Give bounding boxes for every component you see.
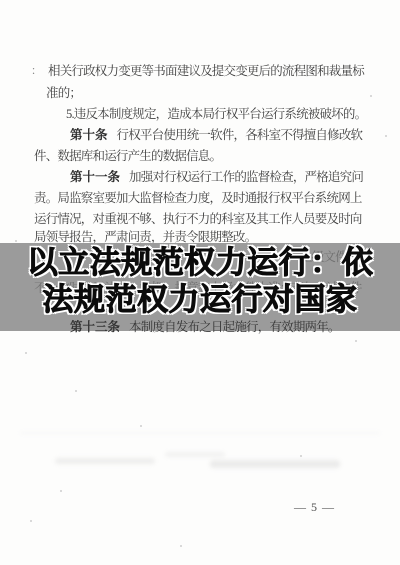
line-text: 加强对行权运行工作的监督检查，严格追究问 (129, 170, 363, 184)
line-text: 局领导报告，严肃问责，并责令限期整改。 (34, 230, 256, 244)
scan-speck (60, 490, 62, 492)
document-line: 局领导报告，严肃问责，并责令限期整改。 (34, 230, 256, 244)
document-line: 运行情况，对重视不够、执行不力的科室及其工作人员要及时向 (34, 212, 362, 226)
clause-number: 第十条 (70, 128, 108, 142)
scan-speck (140, 425, 142, 427)
line-text: 本制度自发布之日起施行，有效期两年。 (129, 320, 340, 334)
scan-speck (355, 340, 357, 342)
document-line: 第十一条加强对行权运行工作的监督检查，严格追究问 (70, 170, 363, 184)
line-text: 5.违反本制度规定，造成本局行权平台运行系统被破坏的。 (66, 107, 366, 121)
scan-artifact-mark: ： (31, 62, 42, 78)
scan-smudge (165, 452, 225, 457)
document-line: 件、数据库和运行产生的数据信息。 (34, 149, 221, 163)
line-text: 准的； (46, 86, 81, 100)
scan-smudge (210, 460, 340, 468)
document-line: 责。局监察室要加大监督检查力度，及时通报行权平台系统网上 (34, 191, 362, 205)
page-number: — 5 — (294, 500, 335, 515)
line-text: 件、数据库和运行产生的数据信息。 (34, 149, 221, 163)
document-line: 相关行政权力变更等书面建议及提交变更后的流程图和裁量标 (48, 64, 364, 78)
document-line: 第十条行权平台使用统一软件，各科室不得擅自修改软 (70, 128, 362, 142)
scanned-document-page: ： 相关行政权力变更等书面建议及提交变更后的流程图和裁量标 准的； 5.违反本制… (0, 0, 400, 565)
clause-number: 第十一条 (70, 170, 120, 184)
line-text: 责。局监察室要加大监督检查力度，及时通报行权平台系统网上 (34, 191, 362, 205)
line-text: 运行情况，对重视不够、执行不力的科室及其工作人员要及时向 (34, 212, 362, 226)
document-line: 5.违反本制度规定，造成本局行权平台运行系统被破坏的。 (66, 107, 366, 121)
scan-speck (15, 240, 17, 242)
scan-speck (30, 520, 32, 522)
scan-speck (75, 390, 77, 392)
line-text: 行权平台使用统一软件，各科室不得擅自修改软 (117, 128, 363, 142)
line-text: 相关行政权力变更等书面建议及提交变更后的流程图和裁量标 (48, 64, 364, 78)
scan-speck (180, 545, 182, 547)
scan-speck (385, 135, 387, 137)
scan-speck (300, 455, 302, 457)
scan-smudge (20, 432, 380, 434)
headline-overlay-band: 上级文件规 不一致时，以法律、法规、规章和上级文件为准；若与前述文件 第十三条本… (0, 243, 400, 331)
document-line: 准的； (46, 86, 81, 100)
scan-smudge (55, 458, 155, 464)
clause-number: 第十三条 (70, 320, 120, 334)
scan-speck (370, 95, 372, 97)
headline-text-line1: 以立法规范权力运行：依 (0, 248, 400, 279)
scan-speck (25, 352, 27, 354)
clause-thirteen-line: 第十三条本制度自发布之日起施行，有效期两年。 (70, 317, 340, 335)
headline-text-line2: 法规范权力运行对国家 (0, 285, 400, 316)
